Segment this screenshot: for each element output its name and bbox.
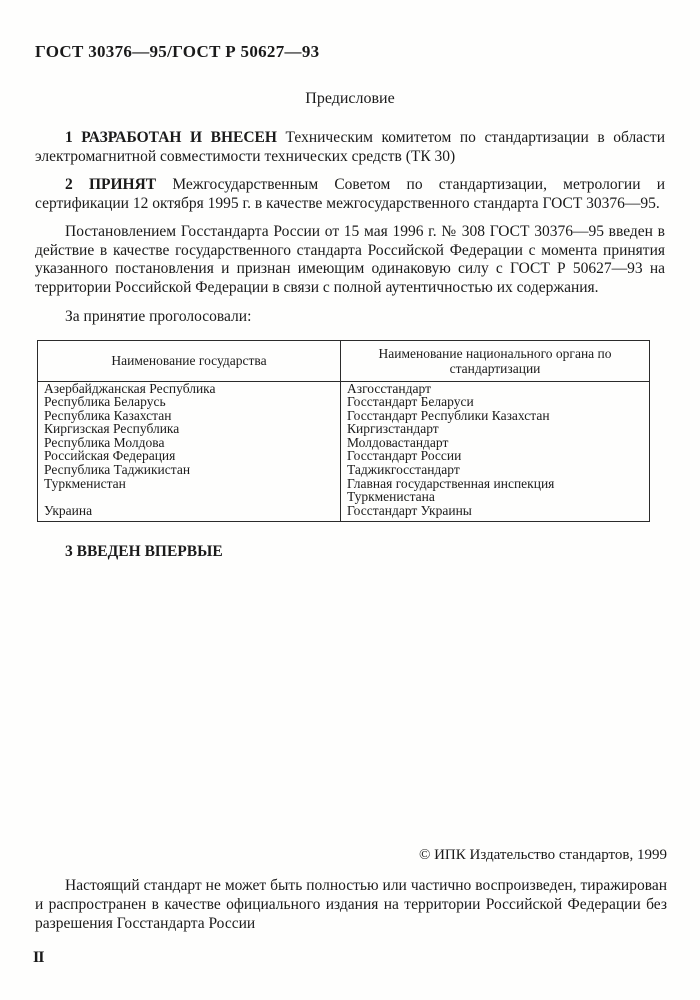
copyright-line: © ИПК Издательство стандартов, 1999 (35, 847, 667, 864)
vote-intro-line: За принятие проголосовали: (35, 308, 665, 327)
standard-designation-header: ГОСТ 30376—95/ГОСТ Р 50627—93 (35, 42, 665, 62)
paragraph-developed: 1 РАЗРАБОТАН И ВНЕСЕН Техническим комите… (35, 129, 665, 166)
document-page: ГОСТ 30376—95/ГОСТ Р 50627—93 Предислови… (0, 0, 700, 1000)
state-name-cell: Республика Беларусь (38, 395, 341, 409)
state-name-cell: Азербайджанская Республика (38, 381, 341, 395)
state-name-cell: Республика Казахстан (38, 409, 341, 423)
state-name-cell: Туркменистан (38, 477, 341, 504)
table-row: Туркменистан Главная государственная инс… (38, 477, 650, 504)
standards-body-cell: Азгосстандарт (341, 381, 650, 395)
standards-body-cell: Главная государственная инспекция Туркме… (341, 477, 650, 504)
table-row: Республика Беларусь Госстандарт Беларуси (38, 395, 650, 409)
state-name-cell: Киргизская Республика (38, 422, 341, 436)
state-name-cell: Российская Федерация (38, 449, 341, 463)
footer-block: © ИПК Издательство стандартов, 1999 Наст… (35, 847, 667, 949)
standards-body-cell: Молдовастандарт (341, 436, 650, 450)
paragraph-developed-lead: 1 РАЗРАБОТАН И ВНЕСЕН (65, 129, 286, 146)
table-row: Республика Таджикистан Таджикгосстандарт (38, 463, 650, 477)
paragraph-decree: Постановлением Госстандарта России от 15… (35, 223, 665, 297)
standards-body-cell: Киргизстандарт (341, 422, 650, 436)
vote-table: Наименование государства Наименование на… (37, 340, 650, 523)
reproduction-notice: Настоящий стандарт не может быть полност… (35, 876, 667, 933)
table-row: Украина Госстандарт Украины (38, 504, 650, 522)
standards-body-cell: Таджикгосстандарт (341, 463, 650, 477)
state-name-cell: Республика Таджикистан (38, 463, 341, 477)
page-number: II (33, 949, 43, 967)
state-name-cell: Украина (38, 504, 341, 522)
standards-body-cell: Госстандарт Республики Казахстан (341, 409, 650, 423)
vote-table-header-body: Наименование национального органа по ста… (341, 340, 650, 381)
vote-table-header: Наименование государства Наименование на… (38, 340, 650, 381)
paragraph-introduced: 3 ВВЕДЕН ВПЕРВЫЕ (35, 543, 665, 561)
standards-body-cell: Госстандарт Украины (341, 504, 650, 522)
table-row: Республика Казахстан Госстандарт Республ… (38, 409, 650, 423)
paragraph-adopted-lead: 2 ПРИНЯТ (65, 176, 172, 193)
vote-table-header-state: Наименование государства (38, 340, 341, 381)
standards-body-cell: Госстандарт Беларуси (341, 395, 650, 409)
state-name-cell: Республика Молдова (38, 436, 341, 450)
paragraph-adopted: 2 ПРИНЯТ Межгосударственным Советом по с… (35, 176, 665, 213)
table-row: Азербайджанская Республика Азгосстандарт (38, 381, 650, 395)
table-row: Республика Молдова Молдовастандарт (38, 436, 650, 450)
table-row: Российская Федерация Госстандарт России (38, 449, 650, 463)
standards-body-cell: Госстандарт России (341, 449, 650, 463)
table-row: Киргизская Республика Киргизстандарт (38, 422, 650, 436)
page-title: Предисловие (35, 90, 665, 108)
vote-table-body: Азербайджанская Республика Азгосстандарт… (38, 381, 650, 522)
